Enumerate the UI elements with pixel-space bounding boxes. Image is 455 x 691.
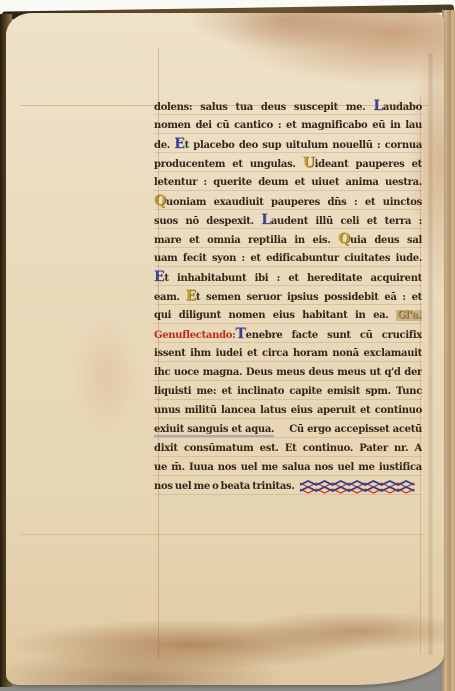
body-text: qui diligunt nomen eius habitant in ea.: [154, 310, 396, 321]
body-text: t inhabitabunt ibi : et hereditate acqui…: [164, 273, 422, 284]
manuscript-line-7: suos nō despexit. Laudent illū celi et t…: [154, 211, 422, 230]
body-text: suos nō despexit.: [154, 216, 261, 227]
manuscript-line-13: Genuflectando:Tenebre facte sunt cū cruc…: [154, 325, 422, 344]
manuscript-line-12: qui diligunt nomen eius habitant in ea. …: [154, 306, 422, 325]
initial-gold: E: [186, 288, 196, 304]
body-text: nomen dei cū cantico : et magnificabo eū…: [154, 120, 422, 131]
body-text: uia deus sal: [350, 235, 422, 246]
body-text: uoniam exaudiuit pauperes dn̄s : et uinc…: [166, 197, 422, 208]
manuscript-photo: dolens: salus tua deus suscepit me. Laud…: [0, 0, 455, 691]
manuscript-line-17: unus militū lancea latus eius aperuit et…: [154, 401, 422, 420]
body-text: exiuit sanguis et aqua.: [154, 424, 274, 437]
initial-blue: E: [174, 136, 184, 152]
body-text: mare et omnia reptilia in eis.: [154, 235, 338, 246]
body-text: producentem et ungulas.: [154, 159, 303, 170]
body-text: ue m̄. Iuua nos uel me salua nos uel me …: [154, 462, 422, 473]
body-text: enebre facte sunt cū crucifix: [246, 330, 422, 341]
manuscript-line-6: Quoniam exaudiuit pauperes dn̄s : et uin…: [154, 192, 422, 211]
manuscript-line-3: de. Et placebo deo sup uitulum nouellū :…: [154, 135, 422, 154]
ruling-line-horizontal-bottom: [20, 534, 424, 535]
manuscript-line-5: letentur : querite deum et uiuet anima u…: [154, 173, 422, 192]
manuscript-line-4: producentem et ungulas. Uideant pauperes…: [154, 154, 422, 173]
line-filler-ornament: [300, 480, 422, 494]
body-text: unus militū lancea latus eius aperuit et…: [154, 405, 422, 416]
manuscript-line-14: issent ihm iudei et circa horam nonā exc…: [154, 344, 422, 363]
manuscript-line-21: nos uel me o beata trinitas.: [154, 477, 422, 496]
manuscript-line-11: eam. Et semen seruor ipsius possidebit e…: [154, 287, 422, 306]
gloria-abbreviation: Gl'a.: [396, 310, 422, 321]
initial-blue: T: [236, 326, 246, 342]
manuscript-line-18: exiuit sanguis et aqua.Cū ergo accepisse…: [154, 420, 422, 439]
initial-gold: Q: [154, 193, 166, 209]
body-text: ideant pauperes et: [315, 159, 422, 170]
body-text: ihc uoce magna. Deus meus deus meus ut q…: [154, 367, 422, 378]
body-text: dolens: salus tua deus suscepit me.: [154, 102, 373, 113]
body-text: uam fecit syon : et edificabuntur ciuita…: [154, 253, 422, 264]
manuscript-line-15: ihc uoce magna. Deus meus deus meus ut q…: [154, 363, 422, 382]
initial-blue: L: [373, 98, 383, 114]
body-text: Cū ergo accepisset acetū: [289, 424, 422, 435]
manuscript-line-2: nomen dei cū cantico : et magnificabo eū…: [154, 116, 422, 135]
manuscript-line-16: liquisti me: et inclinato capite emisit …: [154, 382, 422, 401]
text-block: dolens: salus tua deus suscepit me. Laud…: [154, 97, 422, 496]
manuscript-page: dolens: salus tua deus suscepit me. Laud…: [6, 13, 444, 685]
body-text: t semen seruor ipsius possidebit eā : et: [196, 292, 422, 303]
body-text: t placebo deo sup uitulum nouellū : corn…: [185, 140, 422, 151]
manuscript-line-19: dixit consūmatum est. Et continuo. Pater…: [154, 439, 422, 458]
body-text: dixit consūmatum est. Et continuo. Pater…: [154, 443, 422, 454]
initial-gold: U: [303, 155, 315, 171]
manuscript-line-10: Et inhabitabunt ibi : et hereditate acqu…: [154, 268, 422, 287]
body-text: liquisti me: et inclinato capite emisit …: [154, 386, 422, 397]
body-text: letentur : querite deum et uiuet anima u…: [154, 177, 422, 188]
body-text: audent illū celi et terra :: [271, 216, 422, 227]
manuscript-line-8: mare et omnia reptilia in eis. Quia deus…: [154, 230, 422, 249]
body-text: nos uel me o beata trinitas.: [154, 477, 295, 496]
page-crease: [427, 53, 434, 655]
rubric-text: Genuflectando:: [154, 330, 236, 341]
manuscript-line-1: dolens: salus tua deus suscepit me. Laud…: [154, 97, 422, 116]
manuscript-line-20: ue m̄. Iuua nos uel me salua nos uel me …: [154, 458, 422, 477]
body-text: eam.: [154, 292, 186, 303]
initial-gold: Q: [338, 231, 350, 247]
manuscript-line-9: uam fecit syon : et edificabuntur ciuita…: [154, 249, 422, 268]
body-text: audabo: [383, 102, 422, 113]
body-text: issent ihm iudei et circa horam nonā exc…: [154, 348, 422, 359]
initial-blue: E: [154, 269, 164, 285]
initial-blue: L: [261, 212, 271, 228]
body-text: de.: [154, 140, 174, 151]
